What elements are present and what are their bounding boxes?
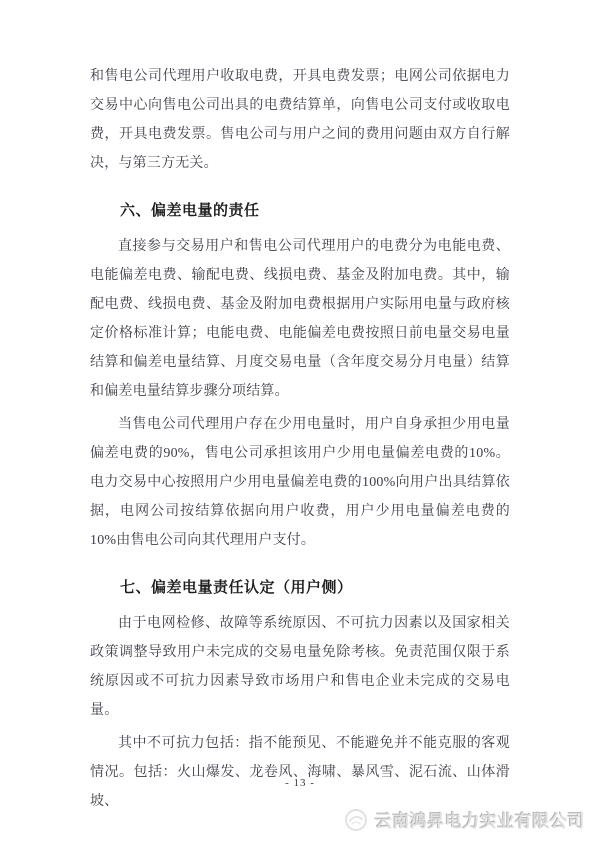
paragraph-under-usage-liability: 当售电公司代理用户存在少用电量时，用户自身承担少用电量偏差电费的90%，售电公司…: [90, 410, 510, 555]
paragraph-exemption-scope: 由于电网检修、故障等系统原因、不可抗力因素以及国家相关政策调整导致用户未完成的交…: [90, 609, 510, 725]
company-seal-icon: [344, 808, 368, 832]
company-watermark: 云南鸿昇电力实业有限公司: [344, 807, 585, 832]
company-name: 云南鸿昇电力实业有限公司: [375, 807, 585, 832]
section-heading-6: 六、偏差电量的责任: [90, 200, 510, 222]
paragraph-continuation: 和售电公司代理用户收取电费，开具电费发票；电网公司依据电力交易中心向售电公司出具…: [90, 62, 510, 178]
section-heading-7: 七、偏差电量责任认定（用户侧）: [90, 577, 510, 599]
paragraph-deviation-fees: 直接参与交易用户和售电公司代理用户的电费分为电能电费、电能偏差电费、输配电费、线…: [90, 232, 510, 406]
paragraph-force-majeure: 其中不可抗力包括：指不能预见、不能避免并不能克服的客观情况。包括：火山爆发、龙卷…: [90, 729, 510, 816]
document-page: 和售电公司代理用户收取电费，开具电费发票；电网公司依据电力交易中心向售电公司出具…: [0, 0, 600, 848]
page-number: - 13 -: [0, 777, 600, 789]
document-content: 和售电公司代理用户收取电费，开具电费发票；电网公司依据电力交易中心向售电公司出具…: [90, 62, 510, 820]
